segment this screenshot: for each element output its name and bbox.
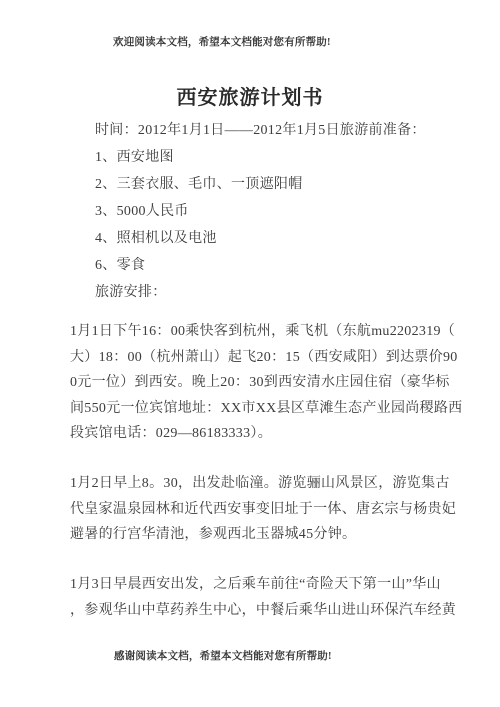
text-line: 避暑的行宫华清池，参观西北玉器城45分钟。: [70, 522, 456, 548]
itinerary-paragraph-day1: 1月1日下午16：00乘快客到杭州，乘飞机（东航mu2202319（大）18：0…: [70, 319, 462, 447]
text-line: 1月1日下午16：00乘快客到杭州，乘飞机（东航mu2202319（: [70, 319, 462, 345]
text-line: 6、零食: [95, 252, 426, 279]
header-banner-text: 欢迎阅读本文档，希望本文档能对您有所帮助!: [113, 36, 331, 49]
text-line: ，参观华山中草药养生中心，中餐后乘华山进山环保汽车经黄: [70, 598, 456, 624]
text-line: 旅游安排：: [95, 279, 426, 306]
itinerary-paragraph-day3: 1月3日早晨西安出发，之后乘车前往“奇险天下第一山”华山，参观华山中草药养生中心…: [70, 572, 456, 623]
text-line: 大）18：00（杭州萧山）起飞20：15（西安咸阳）到达票价90: [70, 345, 462, 371]
text-line: 代皇家温泉园林和近代西安事变旧址于一体、唐玄宗与杨贵妃: [70, 497, 456, 523]
text-line: 0元一位）到西安。晚上20：30到西安清水庄园住宿（豪华标: [70, 370, 462, 396]
text-line: 1月2日早上8。30，出发赴临潼。游览骊山风景区，游览集古: [70, 471, 456, 497]
footer-banner-text: 感谢阅读本文档，希望本文档能对您有所帮助!: [114, 650, 332, 663]
text-line: 3、5000人民币: [95, 198, 426, 225]
text-line: 1月3日早晨西安出发，之后乘车前往“奇险天下第一山”华山: [70, 572, 456, 598]
itinerary-paragraph-day2: 1月2日早上8。30，出发赴临潼。游览骊山风景区，游览集古代皇家温泉园林和近代西…: [70, 471, 456, 548]
text-line: 4、照相机以及电池: [95, 225, 426, 252]
text-line: 2、三套衣服、毛巾、一顶遮阳帽: [95, 171, 426, 198]
text-line: 时间：2012年1月1日——2012年1月5日旅游前准备：: [95, 117, 426, 144]
text-line: 段宾馆电话：029—86183333）。: [70, 421, 462, 447]
text-line: 1、西安地图: [95, 144, 426, 171]
document-title: 西安旅游计划书: [0, 87, 500, 110]
document-page: 欢迎阅读本文档，希望本文档能对您有所帮助! 西安旅游计划书 时间：2012年1月…: [0, 0, 500, 707]
text-line: 间550元一位宾馆地址：XX市XX县区草滩生态产业园尚稷路西: [70, 396, 462, 422]
preparation-list: 时间：2012年1月1日——2012年1月5日旅游前准备：1、西安地图2、三套衣…: [95, 117, 426, 306]
